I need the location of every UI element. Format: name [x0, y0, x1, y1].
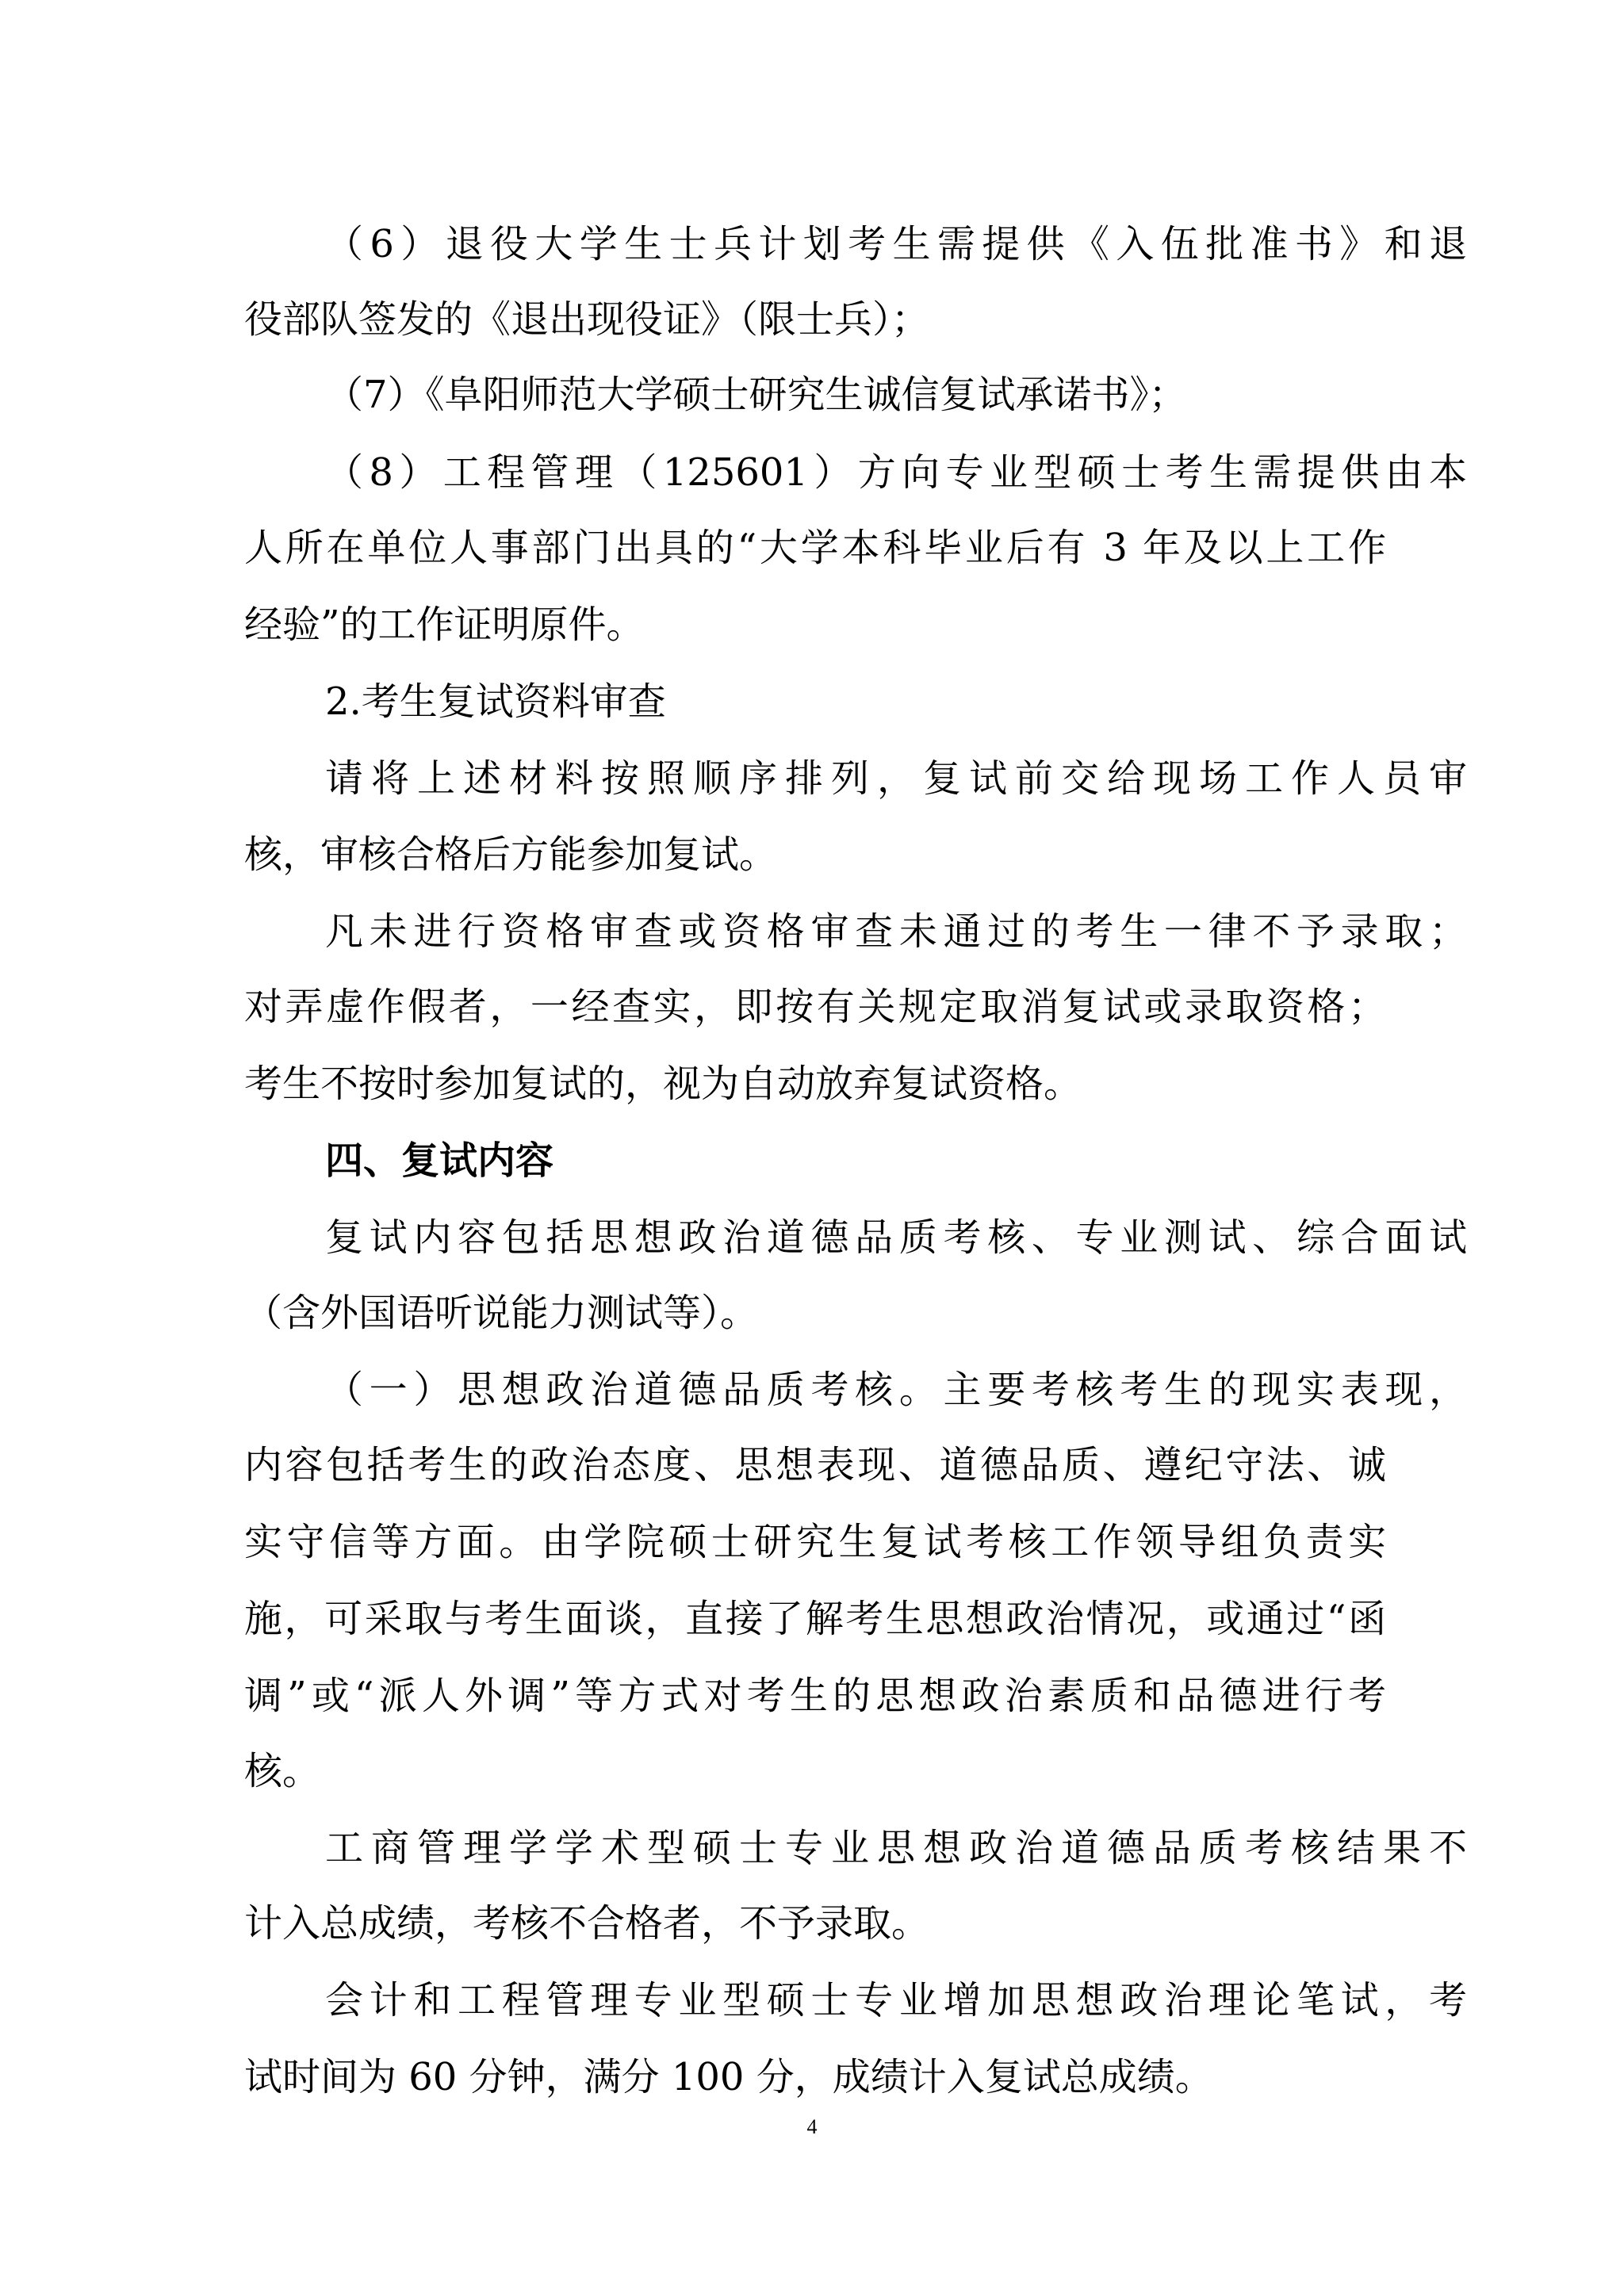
paragraph-item-6-line-1: （6）退役大学生士兵计划考生需提供《入伍批准书》和退 [325, 220, 1467, 268]
paragraph-disqualify-line-2: 对弄虚作假者，一经查实，即按有关规定取消复试或录取资格； [244, 983, 1386, 1031]
paragraph-item-6-line-2: 役部队签发的《退出现役证》（限士兵）； [244, 296, 1386, 343]
document-page: （6）退役大学生士兵计划考生需提供《入伍批准书》和退 役部队签发的《退出现役证》… [0, 0, 1624, 2296]
paragraph-item-8-line-2: 人所在单位人事部门出具的“大学本科毕业后有 3 年及以上工作 [244, 524, 1386, 572]
paragraph-disqualify-line-1: 凡未进行资格审查或资格审查未通过的考生一律不予录取； [325, 908, 1467, 955]
paragraph-political-line-6: 核。 [244, 1747, 1386, 1795]
paragraph-business-admin-line-2: 计入总成绩，考核不合格者，不予录取。 [244, 1900, 1386, 1947]
paragraph-content-line-1: 复试内容包括思想政治道德品质考核、专业测试、综合面试 [325, 1214, 1467, 1261]
paragraph-disqualify-line-3: 考生不按时参加复试的，视为自动放弃复试资格。 [244, 1060, 1386, 1108]
paragraph-political-line-2: 内容包括考生的政治态度、思想表现、道德品质、遵纪守法、诚 [244, 1441, 1386, 1489]
paragraph-political-line-4: 施，可采取与考生面谈，直接了解考生思想政治情况，或通过“函 [244, 1595, 1386, 1643]
paragraph-accounting-line-2: 试时间为 60 分钟，满分 100 分，成绩计入复试总成绩。 [244, 2053, 1386, 2101]
page-number: 4 [0, 2115, 1624, 2139]
paragraph-item-8-line-3: 经验”的工作证明原件。 [244, 601, 1386, 649]
paragraph-review-line-1: 请将上述材料按照顺序排列，复试前交给现场工作人员审 [325, 755, 1467, 802]
section-heading-retest-content: 四、复试内容 [325, 1137, 1467, 1184]
paragraph-business-admin-line-1: 工商管理学学术型硕士专业思想政治道德品质考核结果不 [325, 1824, 1467, 1872]
subsection-title-material-review: 2.考生复试资料审查 [325, 678, 1467, 725]
paragraph-political-line-1: （一）思想政治道德品质考核。主要考核考生的现实表现， [325, 1366, 1467, 1414]
paragraph-item-8-line-1: （8）工程管理（125601）方向专业型硕士考生需提供由本 [325, 449, 1467, 496]
paragraph-review-line-2: 核，审核合格后方能参加复试。 [244, 831, 1386, 878]
paragraph-content-line-2: （含外国语听说能力测试等）。 [244, 1289, 1386, 1337]
paragraph-item-7: （7）《阜阳师范大学硕士研究生诚信复试承诺书》； [325, 371, 1467, 419]
paragraph-political-line-3: 实守信等方面。由学院硕士研究生复试考核工作领导组负责实 [244, 1518, 1386, 1566]
paragraph-accounting-line-1: 会计和工程管理专业型硕士专业增加思想政治理论笔试，考 [325, 1976, 1467, 2024]
paragraph-political-line-5: 调”或“派人外调”等方式对考生的思想政治素质和品德进行考 [244, 1672, 1386, 1720]
